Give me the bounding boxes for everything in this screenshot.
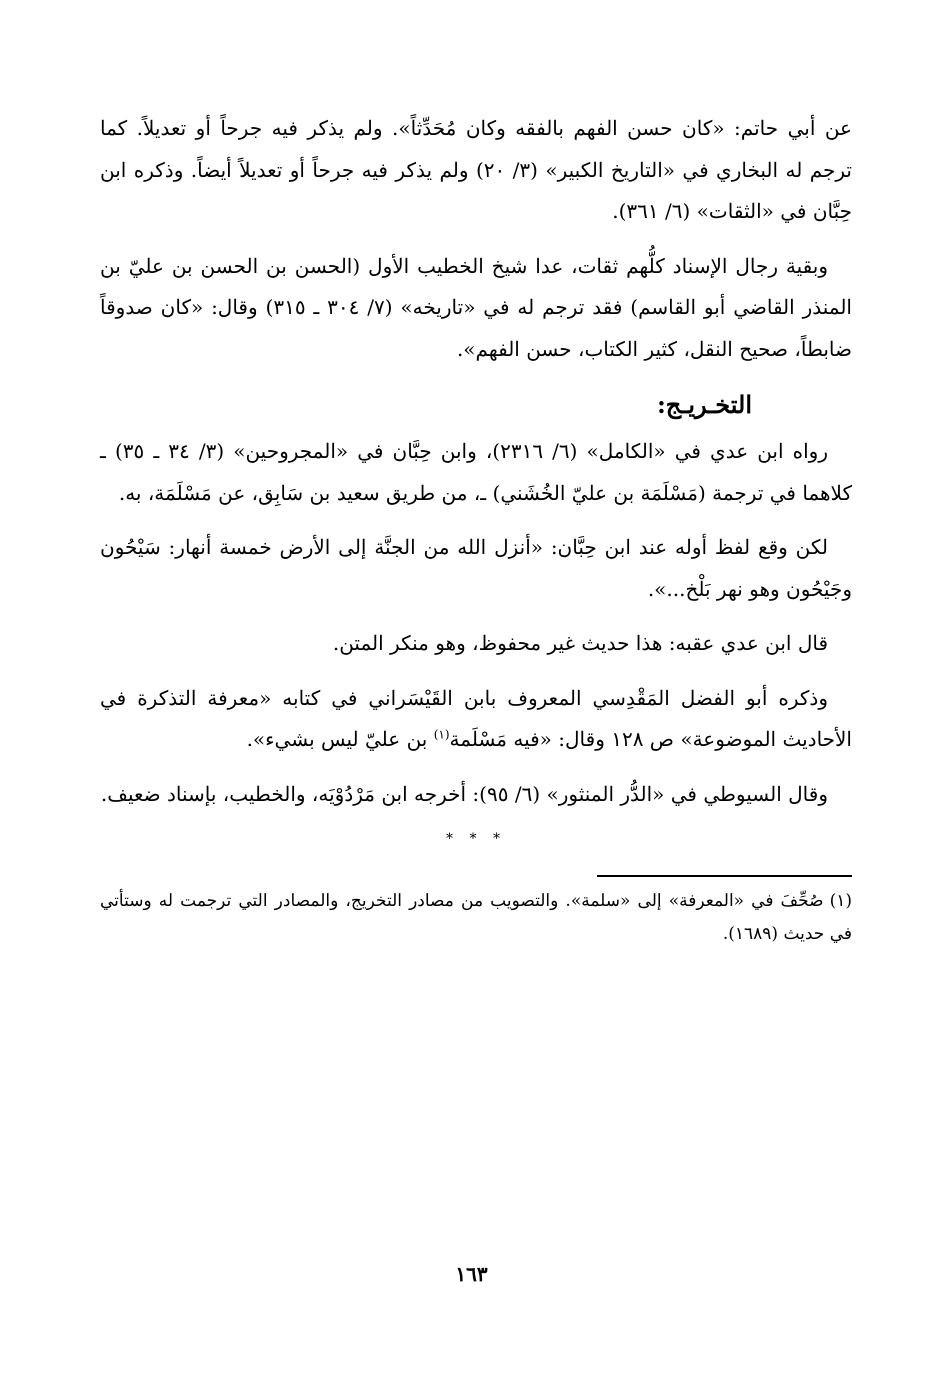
footnote-divider <box>597 875 852 877</box>
paragraph-narrator-abu-hatim: عن أبي حاتم: «كان حسن الفهم بالفقه وكان … <box>100 108 852 233</box>
page-number: ١٦٣ <box>0 1262 943 1286</box>
footnote-number: (١) <box>830 891 852 911</box>
paragraph-ibn-hibban-wording: لكن وقع لفظ أوله عند ابن حِبَّان: «أنزل … <box>100 527 852 610</box>
page-body: عن أبي حاتم: «كان حسن الفهم بالفقه وكان … <box>100 108 852 951</box>
footnote: (١)صُحِّفَ في «المعرفة» إلى «سلمة». والت… <box>100 885 852 951</box>
section-heading-takhrij: التخـريـج: <box>100 383 852 427</box>
footnote-text: صُحِّفَ في «المعرفة» إلى «سلمة». والتصوي… <box>100 891 852 944</box>
footnote-reference[interactable]: (١) <box>434 727 450 741</box>
paragraph-ibn-adi-verdict: قال ابن عدي عقبه: هذا حديث غير محفوظ، وه… <box>100 623 852 665</box>
paragraph-text: بن عليّ ليس بشيء». <box>247 727 434 751</box>
paragraph-ibn-qaysarani: وذكره أبو الفضل المَقْدِسي المعروف بابن … <box>100 678 852 761</box>
paragraph-text: وذكره أبو الفضل المَقْدِسي المعروف بابن … <box>100 686 852 752</box>
paragraph-takhrij-sources: رواه ابن عدي في «الكامل» (٦/ ٢٣١٦)، وابن… <box>100 431 852 514</box>
section-separator: * * * <box>100 831 852 847</box>
paragraph-isnad-men: وبقية رجال الإسناد كلُّهم ثقات، عدا شيخ … <box>100 246 852 371</box>
paragraph-suyuti: وقال السيوطي في «الدُّر المنثور» (٦/ ٩٥)… <box>100 774 852 816</box>
